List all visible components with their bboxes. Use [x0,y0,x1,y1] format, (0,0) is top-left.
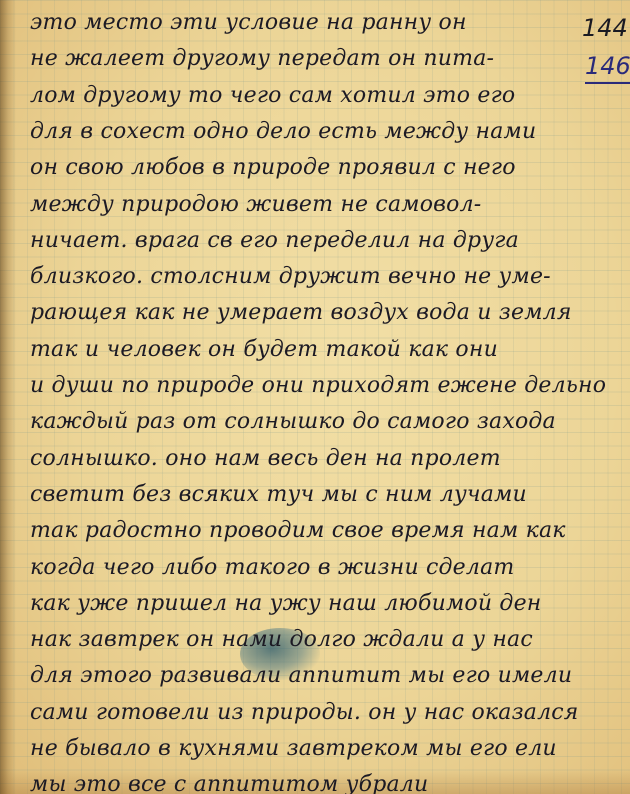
text-line: не бывало в кухнями завтреком мы его ели [30,736,557,761]
text-line: для в сохест одно дело есть между нами [30,119,536,144]
text-line: для этого развивали аппитит мы его имели [30,663,572,688]
text-line: каждый раз от солнышко до самого захода [30,409,556,434]
text-line: сами готовели из природы. он у нас оказа… [30,700,579,725]
text-line: лом другому то чего сам хотил это его [30,83,515,108]
text-line: он свою любов в природе проявил с него [30,155,516,180]
text-line: это место эти условие на ранну он [30,10,467,35]
text-line: солнышко. оно нам весь ден на пролет [30,446,501,471]
new-page-number: 146 [585,52,630,84]
text-line: и души по природе они приходят ежене дел… [30,373,606,398]
text-line: ничает. врага св его переделил на друга [30,228,519,253]
text-line: рающея как не умерает воздух вода и земл… [30,300,572,325]
text-line: так радостно проводим свое время нам как [30,518,566,543]
text-line: между природою живет не самовол- [30,192,481,217]
text-line: когда чего либо такого в жизни сделат [30,555,514,580]
text-line: как уже пришел на ужу наш любимой ден [30,591,542,616]
text-line: светит без всяких туч мы с ним лучами [30,482,527,507]
notebook-page: 144 146 это место эти условие на ранну о… [0,0,630,794]
old-page-number: 144 [582,14,628,42]
text-line: близкого. столсним дружит вечно не уме- [30,264,551,289]
text-line: так и человек он будет такой как они [30,337,498,362]
text-line: не жалеет другому передат он пита- [30,46,494,71]
text-line: нак завтрек он нами долго ждали а у нас [30,627,533,652]
text-line: мы это все с аппититом убрали [30,772,428,794]
